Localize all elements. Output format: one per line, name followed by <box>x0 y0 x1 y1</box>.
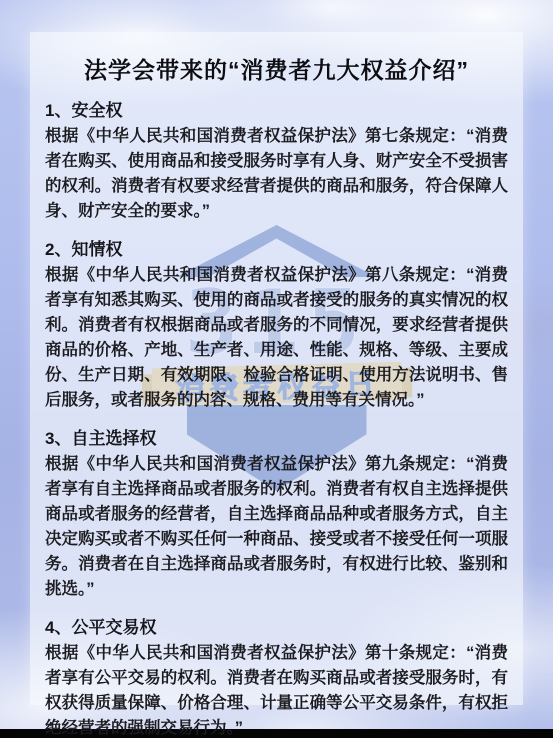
section-right-to-know: 2、知情权 根据《中华人民共和国消费者权益保护法》第八条规定：“消费者享有知悉其… <box>45 237 508 413</box>
section-right-to-safety: 1、安全权 根据《中华人民共和国消费者权益保护法》第七条规定：“消费者在购买、使… <box>45 98 508 224</box>
page-title: 法学会带来的“消费者九大权益介绍” <box>45 52 508 85</box>
section-heading: 2、知情权 <box>45 237 508 262</box>
section-body: 根据《中华人民共和国消费者权益保护法》第十条规定：“消费者享有公平交易的权利。消… <box>45 641 508 738</box>
section-heading: 4、公平交易权 <box>45 615 508 640</box>
section-heading: 3、自主选择权 <box>45 426 508 451</box>
section-body: 根据《中华人民共和国消费者权益保护法》第七条规定：“消费者在购买、使用商品和接受… <box>45 124 508 224</box>
section-right-to-choose: 3、自主选择权 根据《中华人民共和国消费者权益保护法》第九条规定：“消费者享有自… <box>45 426 508 602</box>
section-body: 根据《中华人民共和国消费者权益保护法》第九条规定：“消费者享有自主选择商品或者服… <box>45 452 508 602</box>
section-heading: 1、安全权 <box>45 98 508 123</box>
section-right-to-fair-trade: 4、公平交易权 根据《中华人民共和国消费者权益保护法》第十条规定：“消费者享有公… <box>45 615 508 738</box>
section-body: 根据《中华人民共和国消费者权益保护法》第八条规定：“消费者享有知悉其购买、使用的… <box>45 263 508 413</box>
content-card: 法学会带来的“消费者九大权益介绍” 1、安全权 根据《中华人民共和国消费者权益保… <box>30 32 523 705</box>
poster-page: 315 消费者权益日 法学会带来的“消费者九大权益介绍” 1、安全权 根据《中华… <box>0 0 553 738</box>
